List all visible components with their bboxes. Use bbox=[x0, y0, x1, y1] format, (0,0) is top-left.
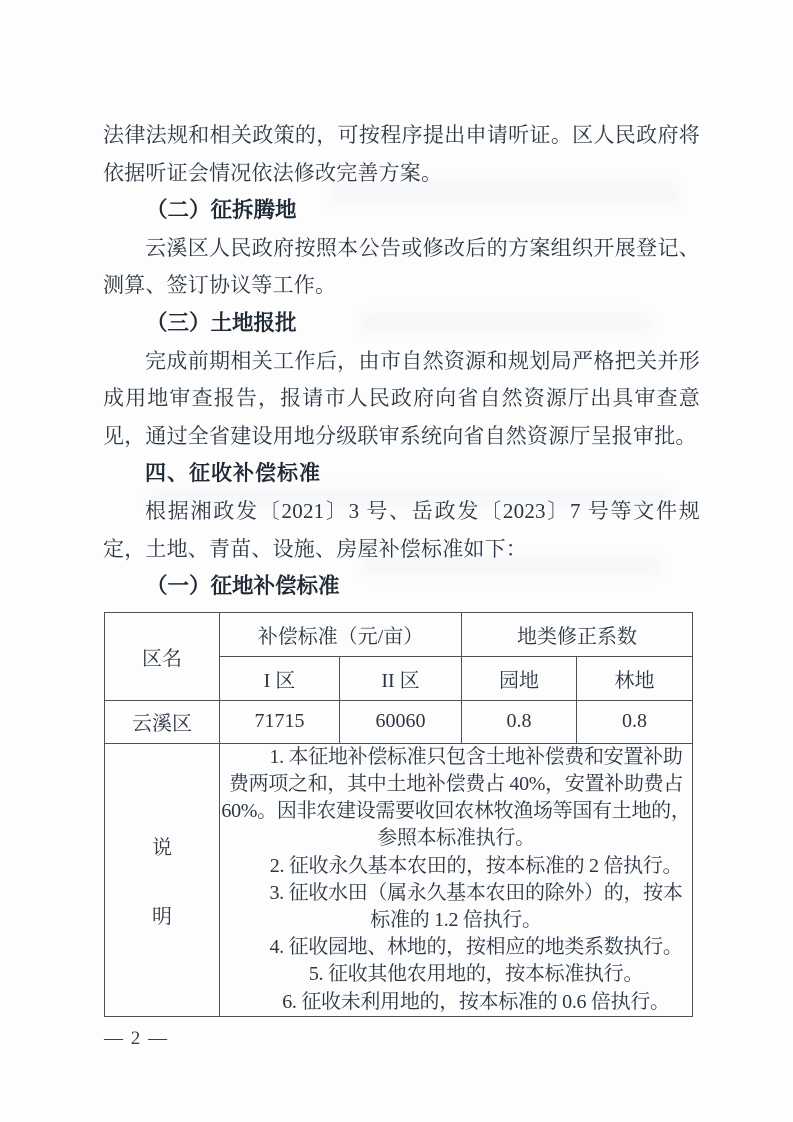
scanned-document-page: 法律法规和相关政策的，可按程序提出申请听证。区人民政府将依据听证会情况依法修改完… bbox=[0, 0, 793, 1122]
page-number: — 2 — bbox=[104, 1028, 169, 1050]
paragraph-section-2: 云溪区人民政府按照本公告或修改后的方案组织开展登记、测算、签订协议等工作。 bbox=[103, 230, 700, 305]
cell-forest-coefficient: 0.8 bbox=[577, 700, 693, 743]
note-item-4: 4. 征收园地、林地的，按相应的地类系数执行。 bbox=[220, 934, 692, 961]
notes-label-char-2: 明 bbox=[152, 900, 172, 929]
table-notes-row: 说 明 1. 本征地补偿标准只包含土地补偿费和安置补助费两项之和，其中土地补偿费… bbox=[105, 743, 693, 1016]
cell-zone-2-value: 60060 bbox=[340, 700, 462, 743]
notes-label: 说 明 bbox=[105, 831, 219, 929]
notes-cell: 1. 本征地补偿标准只包含土地补偿费和安置补助费两项之和，其中土地补偿费占 40… bbox=[220, 743, 693, 1016]
note-item-5: 5. 征收其他农用地的，按本标准执行。 bbox=[220, 961, 692, 988]
note-item-3: 3. 征收水田（属永久基本农田的除外）的，按本标准的 1.2 倍执行。 bbox=[220, 880, 692, 934]
table-row: 云溪区 71715 60060 0.8 0.8 bbox=[105, 700, 693, 743]
cell-region-name: 云溪区 bbox=[105, 700, 220, 743]
paragraph-section-3: 完成前期相关工作后，由市自然资源和规划局严格把关并形成用地审查报告，报请市人民政… bbox=[103, 343, 700, 456]
note-item-6: 6. 征收未利用地的，按本标准的 0.6 倍执行。 bbox=[220, 989, 692, 1016]
table-header-group-row: 区名 补偿标准（元/亩） 地类修正系数 bbox=[105, 612, 693, 656]
header-coefficient-group: 地类修正系数 bbox=[462, 612, 693, 656]
paragraph-section-4: 根据湘政发〔2021〕3 号、岳政发〔2023〕7 号等文件规定，土地、青苗、设… bbox=[103, 493, 700, 568]
note-item-1: 1. 本征地补偿标准只包含土地补偿费和安置补助费两项之和，其中土地补偿费占 40… bbox=[220, 744, 692, 853]
header-forest-land: 林地 bbox=[577, 656, 693, 700]
compensation-standard-table: 区名 补偿标准（元/亩） 地类修正系数 I 区 II 区 园地 林地 云溪区 7… bbox=[104, 612, 693, 1017]
note-item-2: 2. 征收永久基本农田的，按本标准的 2 倍执行。 bbox=[220, 853, 692, 880]
notes-label-char-1: 说 bbox=[152, 831, 172, 860]
heading-section-2: （二）征拆腾地 bbox=[103, 192, 700, 230]
header-garden-land: 园地 bbox=[462, 656, 577, 700]
header-compensation-group: 补偿标准（元/亩） bbox=[220, 612, 462, 656]
header-region: 区名 bbox=[105, 612, 220, 700]
heading-subsection-4-1: （一）征地补偿标准 bbox=[103, 568, 700, 606]
cell-garden-coefficient: 0.8 bbox=[462, 700, 577, 743]
cell-zone-1-value: 71715 bbox=[220, 700, 340, 743]
heading-section-4: 四、征收补偿标准 bbox=[103, 455, 700, 493]
header-zone-1: I 区 bbox=[220, 656, 340, 700]
notes-label-cell: 说 明 bbox=[105, 743, 220, 1016]
heading-section-3: （三）土地报批 bbox=[103, 305, 700, 343]
document-body: 法律法规和相关政策的，可按程序提出申请听证。区人民政府将依据听证会情况依法修改完… bbox=[103, 117, 700, 1017]
paragraph-continued: 法律法规和相关政策的，可按程序提出申请听证。区人民政府将依据听证会情况依法修改完… bbox=[103, 117, 700, 192]
header-zone-2: II 区 bbox=[340, 656, 462, 700]
